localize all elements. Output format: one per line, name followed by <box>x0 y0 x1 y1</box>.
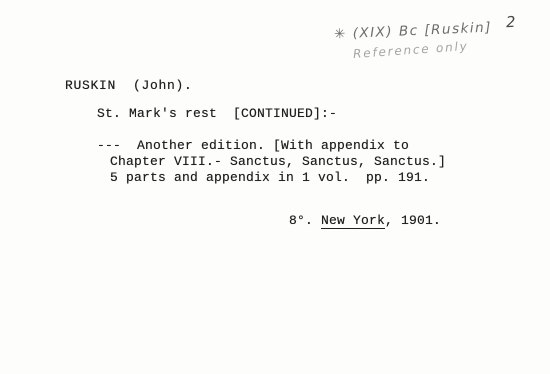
handwritten-reference-note: Reference only <box>353 39 469 61</box>
entry-line-2: Chapter VIII.- Sanctus, Sanctus, Sanctus… <box>110 154 446 170</box>
title-line: St. Mark's rest [CONTINUED]:- <box>97 106 337 122</box>
entry-line-3: 5 parts and appendix in 1 vol. pp. 191. <box>110 170 430 186</box>
imprint-date: , 1901. <box>385 213 441 228</box>
page-number: 2 <box>506 13 516 31</box>
imprint-format: 8°. <box>289 213 321 228</box>
entry-line-1: --- Another edition. [With appendix to <box>97 138 409 154</box>
author-heading: RUSKIN (John). <box>65 78 193 94</box>
catalog-card-scan: ✳ (XIX) Bc [Ruskin] Reference only 2 RUS… <box>0 0 550 374</box>
handwritten-classmark: ✳ (XIX) Bc [Ruskin] <box>334 20 493 43</box>
imprint-line: 8°. New York, 1901. <box>257 197 441 245</box>
imprint-place: New York <box>321 213 385 229</box>
